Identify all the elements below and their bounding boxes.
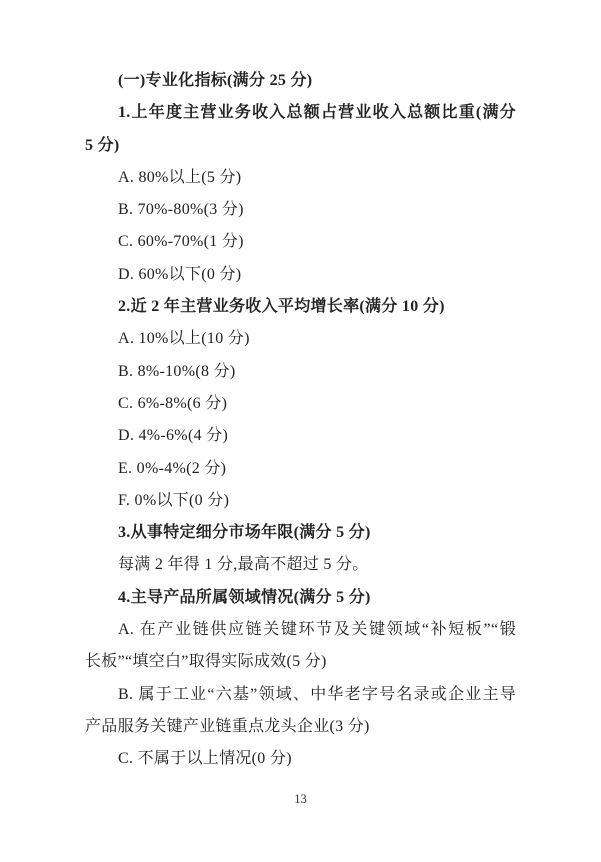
text-line: (一)专业化指标(满分 25 分) [85,65,516,97]
text-line: C. 不属于以上情况(0 分) [85,743,516,775]
text-line: 2.近 2 年主营业务收入平均增长率(满分 10 分) [85,291,516,323]
text-line: 1.上年度主营业务收入总额占营业收入总额比重(满分 [85,97,516,129]
text-line: 5 分) [85,130,516,162]
text-line: A. 80%以上(5 分) [85,162,516,194]
text-line: F. 0%以下(0 分) [85,485,516,517]
document-page: (一)专业化指标(满分 25 分)1.上年度主营业务收入总额占营业收入总额比重(… [0,0,601,862]
text-line: 长板”“填空白”取得实际成效(5 分) [85,646,516,678]
text-line: C. 60%-70%(1 分) [85,226,516,258]
text-line: A. 10%以上(10 分) [85,323,516,355]
text-line: B. 70%-80%(3 分) [85,194,516,226]
page-number: 13 [0,791,601,808]
text-line: 3.从事特定细分市场年限(满分 5 分) [85,517,516,549]
text-line: C. 6%-8%(6 分) [85,388,516,420]
text-line: D. 60%以下(0 分) [85,259,516,291]
text-line: 4.主导产品所属领域情况(满分 5 分) [85,582,516,614]
text-line: 每满 2 年得 1 分,最高不超过 5 分。 [85,549,516,581]
document-body: (一)专业化指标(满分 25 分)1.上年度主营业务收入总额占营业收入总额比重(… [85,65,516,776]
text-line: 产品服务关键产业链重点龙头企业(3 分) [85,711,516,743]
text-line: B. 8%-10%(8 分) [85,356,516,388]
text-line: A. 在产业链供应链关键环节及关键领域“补短板”“锻 [85,614,516,646]
text-line: B. 属于工业“六基”领域、中华老字号名录或企业主导 [85,679,516,711]
text-line: E. 0%-4%(2 分) [85,453,516,485]
text-line: D. 4%-6%(4 分) [85,420,516,452]
